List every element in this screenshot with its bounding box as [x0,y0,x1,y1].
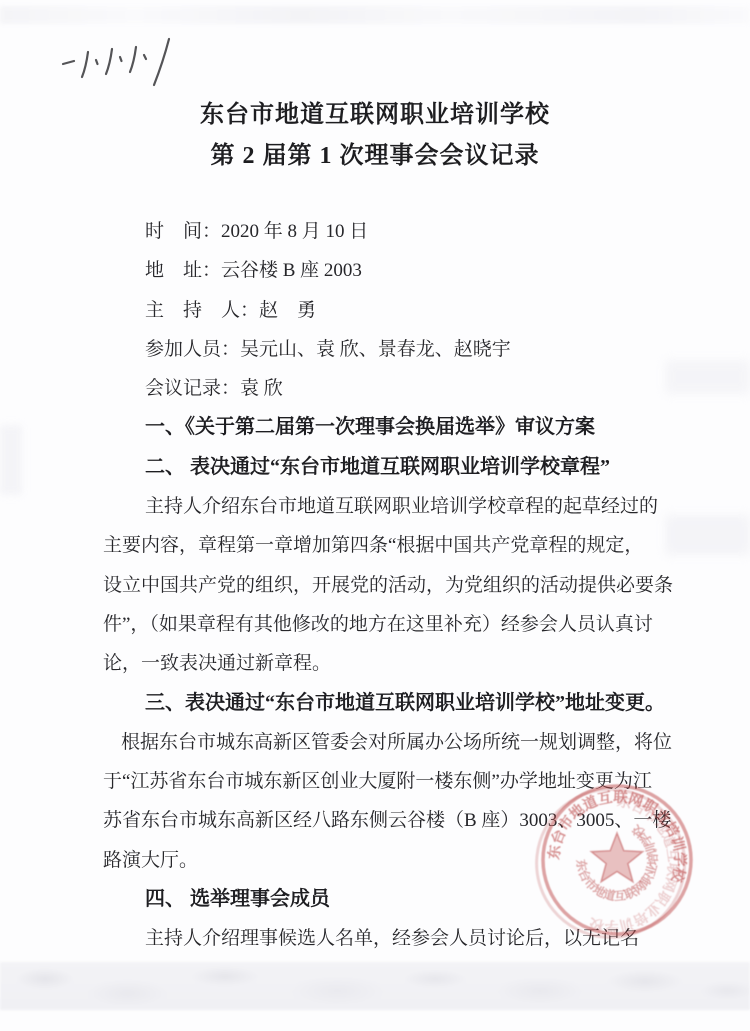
doc-line: 主持人介绍东台市地道互联网职业培训学校章程的起草经过的 [0,487,750,526]
doc-line-recorder: 会议记录：袁 欣 [0,369,750,408]
doc-line: 论，一致表决通过新章程。 [0,644,750,683]
doc-line: 设立中国共产党的组织，开展党的活动，为党组织的活动提供必要条 [0,566,750,605]
doc-line: 根据东台市城东高新区管委会对所属办公场所统一规划调整，将位 [0,723,750,762]
doc-heading-1: 一、《关于第二届第一次理事会换届选举》审议方案 [0,408,750,447]
doc-line-time: 时 间：2020 年 8 月 10 日 [0,212,750,251]
document-title: 东台市地道互联网职业培训学校 [0,95,750,136]
scan-artifact-top [0,6,750,24]
official-seal: 东台市地道互联网职业培训学校 东台市地道互联网职业培训学校 东台市地道互联网职业… [530,772,750,972]
scan-artifact-bottom [0,962,750,1010]
scanned-document-page: 东台市地道互联网职业培训学校 第 2 届第 1 次理事会会议记录 时 间：202… [0,0,750,1031]
doc-line: 主要内容，章程第一章增加第四条“根据中国共产党章程的规定， [0,526,750,565]
doc-line-host: 主 持 人：赵 勇 [0,291,750,330]
doc-heading-3: 三、表决通过“东台市地道互联网职业培训学校”地址变更。 [0,684,750,723]
handwriting-mark [55,28,200,103]
doc-line-attendees: 参加人员：吴元山、袁 欣、景春龙、赵晓宇 [0,330,750,369]
star-icon [591,833,642,882]
doc-heading-2: 二、 表决通过“东台市地道互联网职业培训学校章程” [0,448,750,487]
document-subtitle: 第 2 届第 1 次理事会会议记录 [0,136,750,177]
doc-line-address: 地 址：云谷楼 B 座 2003 [0,251,750,290]
doc-line: 件”，（如果章程有其他修改的地方在这里补充）经参会人员认真讨 [0,605,750,644]
document-title-block: 东台市地道互联网职业培训学校 第 2 届第 1 次理事会会议记录 [0,95,750,177]
